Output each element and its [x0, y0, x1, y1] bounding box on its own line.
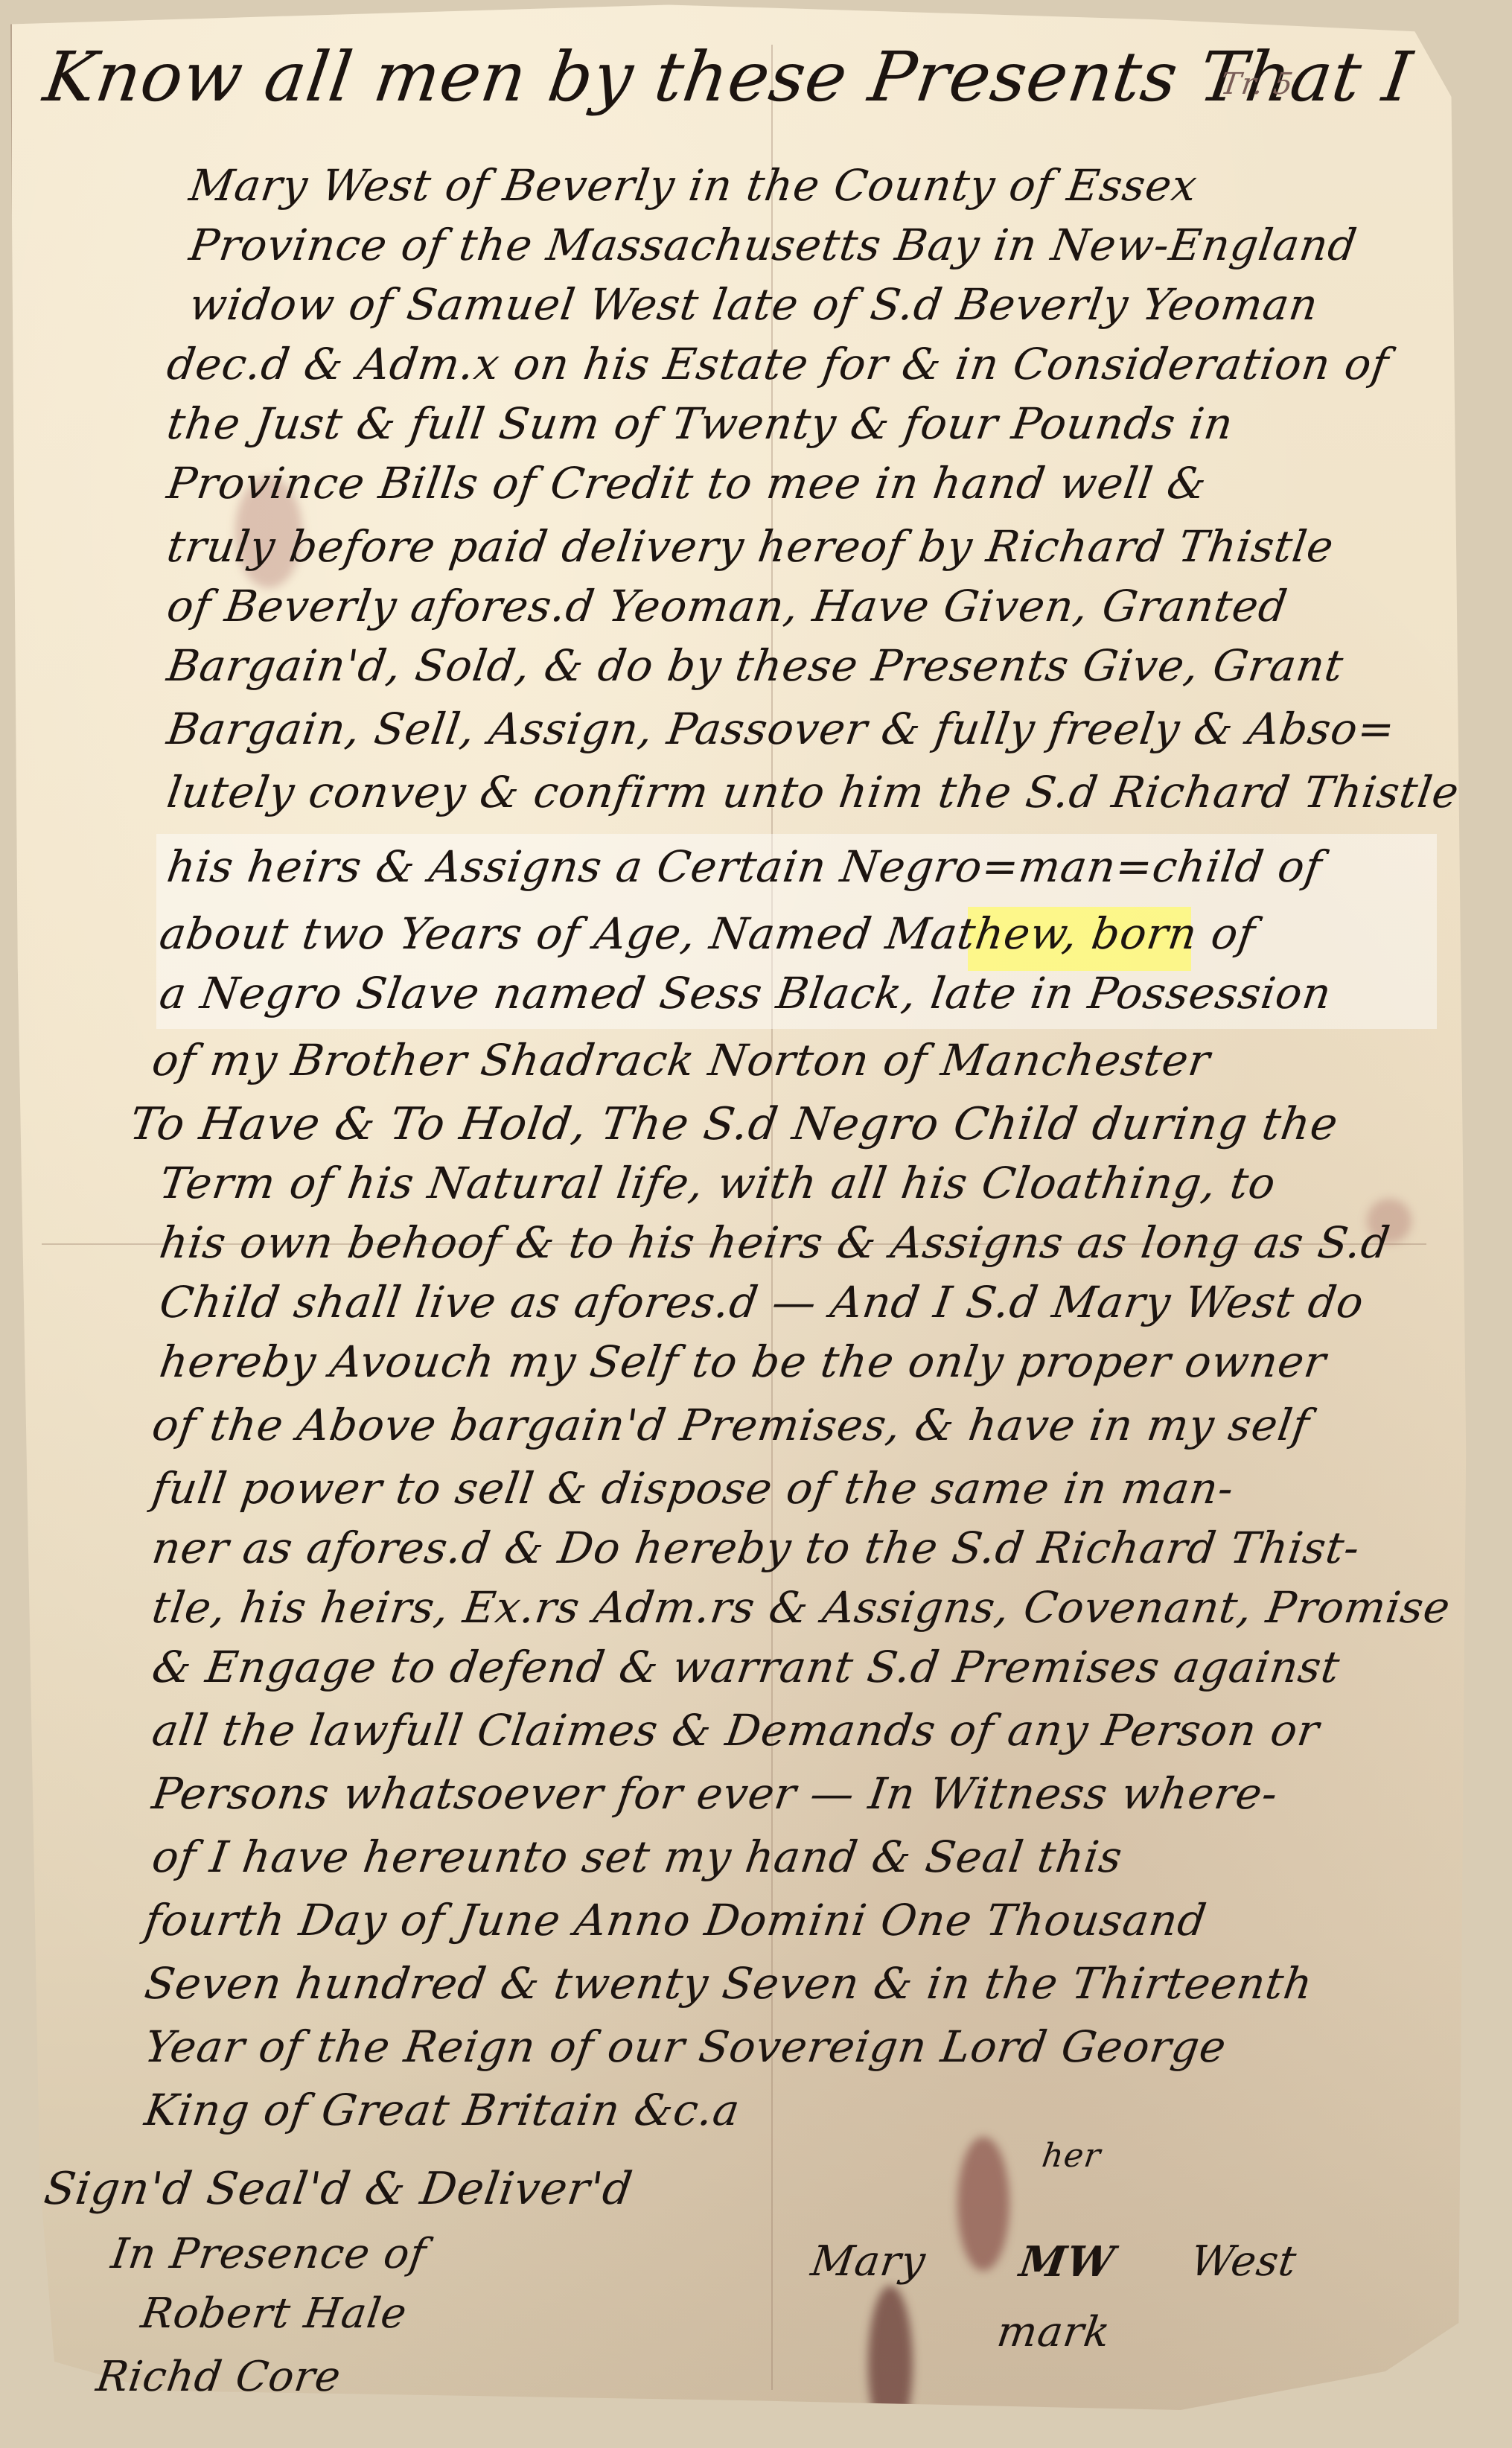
body-line: ner as afores.d & Do hereby to the S.d R…	[149, 1523, 1363, 1573]
body-line: Term of his Natural life, with all his C…	[156, 1158, 1279, 1208]
signature-her: her	[1039, 2137, 1103, 2175]
witness-heading-signed: Sign'd Seal'd & Deliver'd	[41, 2163, 636, 2215]
body-line-highlighted: about two Years of Age, Named Mathew, bo…	[156, 908, 1258, 959]
body-line: hereby Avouch my Self to be the only pro…	[156, 1336, 1330, 1387]
body-line: Province Bills of Credit to mee in hand …	[164, 458, 1210, 509]
signature-mark-glyph: MW	[1016, 2237, 1117, 2286]
body-line: dec.d & Adm.x on his Estate for & in Con…	[164, 339, 1392, 389]
body-line: Seven hundred & twenty Seven & in the Th…	[141, 1958, 1316, 2009]
body-line: of the Above bargain'd Premises, & have …	[149, 1400, 1312, 1450]
signature-mark-label: mark	[994, 2308, 1113, 2356]
corner-note: Tr. 5	[1219, 67, 1296, 101]
body-line: Persons whatsoever for ever — In Witness…	[149, 1768, 1281, 1819]
body-line: the Just & full Sum of Twenty & four Pou…	[164, 398, 1237, 449]
body-line: fourth Day of June Anno Domini One Thous…	[141, 1895, 1210, 1945]
body-line: of my Brother Shadrack Norton of Manches…	[149, 1035, 1213, 1086]
witness-name: Richd Core	[93, 2353, 344, 2401]
body-line: Province of the Massachusetts Bay in New…	[186, 220, 1360, 270]
body-line: tle, his heirs, Ex.rs Adm.rs & Assigns, …	[149, 1582, 1453, 1633]
body-line: all the lawfull Claimes & Demands of any…	[149, 1705, 1323, 1756]
body-line: of I have hereunto set my hand & Seal th…	[149, 1832, 1126, 1882]
witness-name: Robert Hale	[138, 2289, 409, 2338]
body-line: Bargain'd, Sold, & do by these Presents …	[164, 640, 1347, 691]
body-line: his own behoof & to his heirs & Assigns …	[156, 1217, 1393, 1268]
signature-last-name: West	[1187, 2237, 1300, 2286]
body-line: his heirs & Assigns a Certain Negro=man=…	[164, 841, 1325, 892]
signature-first-name: Mary	[808, 2237, 928, 2286]
body-line: lutely convey & confirm unto him the S.d…	[164, 767, 1462, 817]
body-line: of Beverly afores.d Yeoman, Have Given, …	[164, 581, 1291, 631]
title-line: Know all men by these Presents That I	[39, 37, 1417, 117]
body-line: Year of the Reign of our Sovereign Lord …	[141, 2021, 1230, 2072]
ink-stain	[868, 2286, 913, 2442]
body-line: Mary West of Beverly in the County of Es…	[186, 160, 1201, 211]
body-line: truly before paid delivery hereof by Ric…	[164, 521, 1337, 572]
body-line: a Negro Slave named Sess Black, late in …	[156, 968, 1335, 1019]
body-line: widow of Samuel West late of S.d Beverly…	[186, 279, 1321, 330]
body-line: King of Great Britain &c.a	[141, 2085, 743, 2135]
body-line: To Have & To Hold, The S.d Negro Child d…	[127, 1098, 1342, 1150]
witness-heading-presence: In Presence of	[108, 2230, 429, 2278]
body-line: full power to sell & dispose of the same…	[149, 1463, 1237, 1514]
body-line: Bargain, Sell, Assign, Passover & fully …	[164, 704, 1398, 754]
body-line: Child shall live as afores.d — And I S.d…	[156, 1277, 1367, 1327]
ink-stain	[957, 2137, 1009, 2271]
body-line: & Engage to defend & warrant S.d Premise…	[149, 1642, 1343, 1692]
